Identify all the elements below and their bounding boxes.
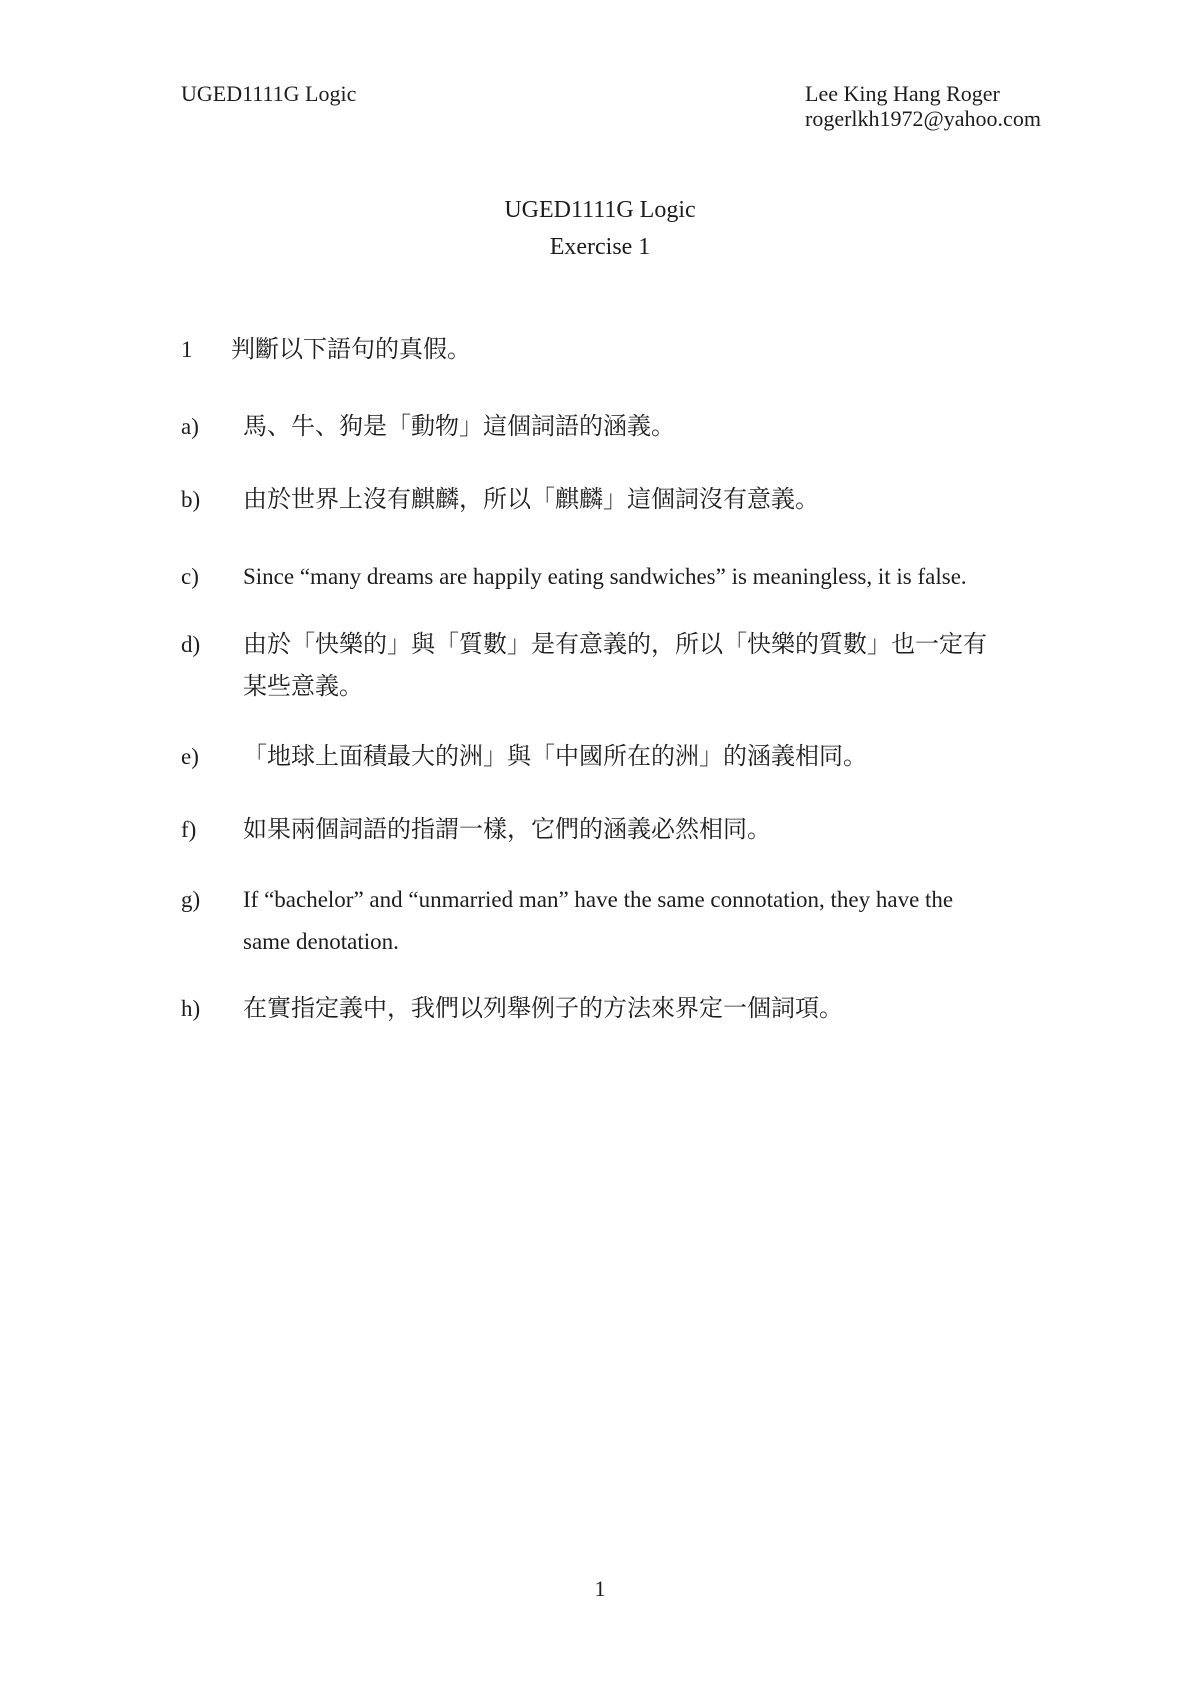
item-label: g) bbox=[181, 879, 200, 921]
header-author-block: Lee King Hang Roger rogerlkh1972@yahoo.c… bbox=[805, 81, 1041, 131]
doc-subtitle: Exercise 1 bbox=[0, 229, 1200, 266]
item-text: 「地球上面積最大的洲」與「中國所在的洲」的涵義相同。 bbox=[243, 736, 1042, 778]
item-text: 由於「快樂的」與「質數」是有意義的，所以「快樂的質數」也一定有 某些意義。 bbox=[243, 624, 1042, 708]
item-text: 由於世界上沒有麒麟，所以「麒麟」這個詞沒有意義。 bbox=[243, 479, 1042, 521]
author-name: Lee King Hang Roger bbox=[805, 81, 1041, 106]
item-label: d) bbox=[181, 624, 200, 666]
doc-title-block: UGED1111G Logic Exercise 1 bbox=[0, 192, 1200, 266]
exercise-question-1: 1 判斷以下語句的真假。 bbox=[181, 329, 1042, 371]
exercise-item-h: h) 在實指定義中，我們以列舉例子的方法來界定一個詞項。 bbox=[181, 988, 1042, 1030]
item-label: h) bbox=[181, 988, 200, 1030]
exercise-item-a: a) 馬、牛、狗是「動物」這個詞語的涵義。 bbox=[181, 406, 1042, 448]
item-text: Since “many dreams are happily eating sa… bbox=[243, 556, 1042, 598]
item-label: c) bbox=[181, 556, 199, 598]
item-text: If “bachelor” and “unmarried man” have t… bbox=[243, 879, 1042, 963]
item-text: 在實指定義中，我們以列舉例子的方法來界定一個詞項。 bbox=[243, 988, 1042, 1030]
doc-title: UGED1111G Logic bbox=[0, 192, 1200, 229]
exercise-item-c: c) Since “many dreams are happily eating… bbox=[181, 556, 1042, 598]
exercise-item-f: f) 如果兩個詞語的指謂一樣，它們的涵義必然相同。 bbox=[181, 809, 1042, 851]
page-number: 1 bbox=[0, 1576, 1200, 1602]
item-text: 馬、牛、狗是「動物」這個詞語的涵義。 bbox=[243, 406, 1042, 448]
header-course-code: UGED1111G Logic bbox=[181, 81, 356, 106]
author-email: rogerlkh1972@yahoo.com bbox=[805, 106, 1041, 131]
item-label: e) bbox=[181, 736, 199, 778]
item-text: 如果兩個詞語的指謂一樣，它們的涵義必然相同。 bbox=[243, 809, 1042, 851]
item-label: b) bbox=[181, 479, 200, 521]
exercise-item-e: e) 「地球上面積最大的洲」與「中國所在的洲」的涵義相同。 bbox=[181, 736, 1042, 778]
exercise-item-d: d) 由於「快樂的」與「質數」是有意義的，所以「快樂的質數」也一定有 某些意義。 bbox=[181, 624, 1042, 708]
item-label: 1 bbox=[181, 329, 193, 371]
exercise-item-b: b) 由於世界上沒有麒麟，所以「麒麟」這個詞沒有意義。 bbox=[181, 479, 1042, 521]
exercise-item-g: g) If “bachelor” and “unmarried man” hav… bbox=[181, 879, 1042, 963]
item-label: f) bbox=[181, 809, 196, 851]
item-text: 判斷以下語句的真假。 bbox=[231, 329, 1042, 371]
item-label: a) bbox=[181, 406, 199, 448]
document-page: UGED1111G Logic Lee King Hang Roger roge… bbox=[0, 0, 1200, 1698]
